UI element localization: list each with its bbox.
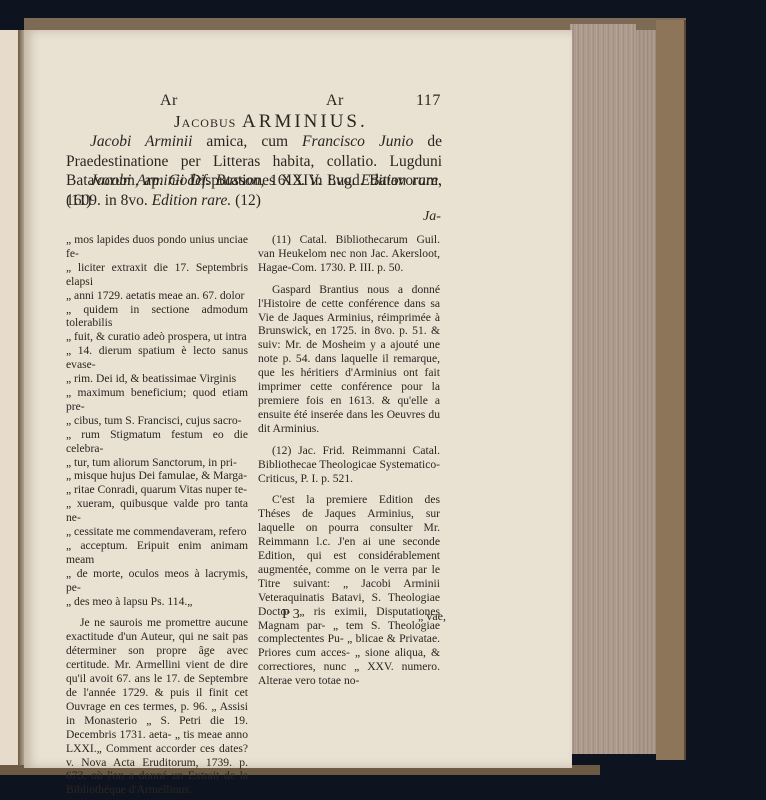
entry-author: Jacobi Arminii [90,133,192,150]
quote-line: „ de morte, oculos meos à lacrymis, pe- [66,567,248,595]
page-block-fore-edge-inner [636,30,658,754]
catchword-top: Ja- [423,209,441,225]
quote-line: „ acceptum. Eripuit enim animam meam [66,539,248,567]
quote-line: „ maximum beneficium; quod etiam pre- [66,386,248,414]
commentary-paragraph: Je ne saurois me promettre aucune exacti… [66,616,248,797]
footnote-ref: (12) [231,192,261,209]
page-number: 117 [416,92,441,110]
quote-line: „ mos lapides duos pondo unius unciae fe… [66,233,248,261]
quote-line: „ anni 1729. aetatis meae an. 67. dolor [66,289,248,303]
quote-line: „ quidem in sectione admodum tolerabilis [66,303,248,331]
quote-line: „ cibus, tum S. Francisci, cujus sacro- [66,414,248,428]
signature-mark: P 3 [282,607,300,623]
page-block-fore-edge [570,24,636,754]
left-column: „ mos lapides duos pondo unius unciae fe… [66,233,248,797]
edition-paragraph: C'est la premiere Edition des Théses de … [258,493,440,688]
running-head-center: Ar [326,92,344,110]
running-head-left: Ar [160,92,178,110]
entry-title-prefix: Jacobus [174,112,236,131]
entry-title-name: ARMINIUS. [242,111,368,132]
catchword-bottom: „ vae, [418,609,446,624]
quote-line: „ 14. dierum spatium è lecto sanus evase… [66,344,248,372]
brandt-paragraph: Gaspard Brantius nous a donné l'Histoire… [258,283,440,436]
quote-line: „ misque hujus Dei famulae, & Marga- [66,469,248,483]
quote-line: „ rum Stigmatum festum eo die celebra- [66,428,248,456]
quote-line: „ liciter extraxit die 17. Septembris el… [66,261,248,289]
main-entry-2: Jacobi Arminii Disputationes XXIV. Lugd.… [66,171,442,210]
footnote-12: (12) Jac. Frid. Reimmanni Catal. Bibliot… [258,444,440,486]
entry-author: Jacobi Arminii [90,172,184,189]
quote-line: „ ritae Conradi, quarum Vitas nuper te- [66,483,248,497]
quote-line: „ xueram, quibusque valde pro tanta ne- [66,497,248,525]
quote-line: „ des meo à lapsu Ps. 114.„ [66,595,248,609]
entry-title: Jacobus ARMINIUS. [174,111,368,133]
book-cover-side [656,20,686,760]
entry-italic: Francisco Junio [302,133,413,150]
footnote-11: (11) Catal. Bibliothecarum Guil. van Heu… [258,233,440,275]
entry-text: amica, cum [192,133,302,150]
quote-line: „ tur, tum aliorum Sanctorum, in pri- [66,456,248,470]
quote-line: „ cessitate me commendaveram, refero [66,525,248,539]
edition-note: Edition rare. [152,192,232,209]
quote-line: „ rim. Dei id, & beatissimae Virginis [66,372,248,386]
quote-line: „ fuit, & curatio adeò prospera, ut intr… [66,330,248,344]
